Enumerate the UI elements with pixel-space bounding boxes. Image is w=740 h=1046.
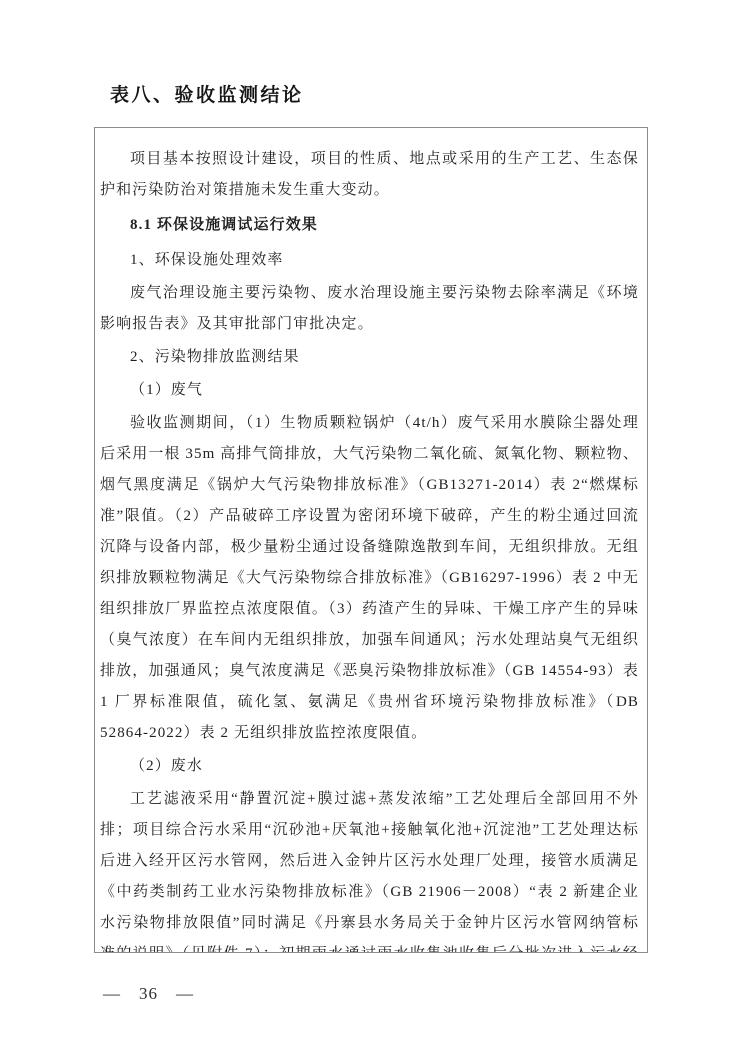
list-item-treatment-efficiency: 1、环保设施处理效率	[100, 245, 639, 276]
list-item-monitoring-results: 2、污染物排放监测结果	[100, 342, 639, 373]
content-box: 项目基本按照设计建设，项目的性质、地点或采用的生产工艺、生态保护和污染防治对策措…	[94, 127, 648, 953]
paragraph-waste-gas-detail: 验收监测期间，（1）生物质颗粒锅炉（4t/h）废气采用水膜除尘器处理后采用一根 …	[100, 408, 639, 749]
paragraph-project-construction: 项目基本按照设计建设，项目的性质、地点或采用的生产工艺、生态保护和污染防治对策措…	[100, 144, 639, 206]
footer-dash-right: —	[176, 984, 194, 1004]
document-page: 表八、验收监测结论 项目基本按照设计建设，项目的性质、地点或采用的生产工艺、生态…	[0, 0, 740, 1046]
paragraph-removal-rate: 废气治理设施主要污染物、废水治理设施主要污染物去除率满足《环境影响报告表》及其审…	[100, 278, 639, 340]
footer-page-number: 36	[139, 984, 158, 1004]
page-title: 表八、验收监测结论	[110, 80, 304, 107]
sub-item-waste-water: （2）废水	[100, 751, 639, 782]
footer-dash-left: —	[103, 984, 121, 1004]
paragraph-waste-water-detail: 工艺滤液采用“静置沉淀+膜过滤+蒸发浓缩”工艺处理后全部回用不外排；项目综合污水…	[100, 784, 639, 953]
section-heading-8-1: 8.1 环保设施调试运行效果	[100, 210, 639, 241]
page-footer: — 36 —	[103, 984, 194, 1004]
sub-item-waste-gas: （1）废气	[100, 375, 639, 406]
